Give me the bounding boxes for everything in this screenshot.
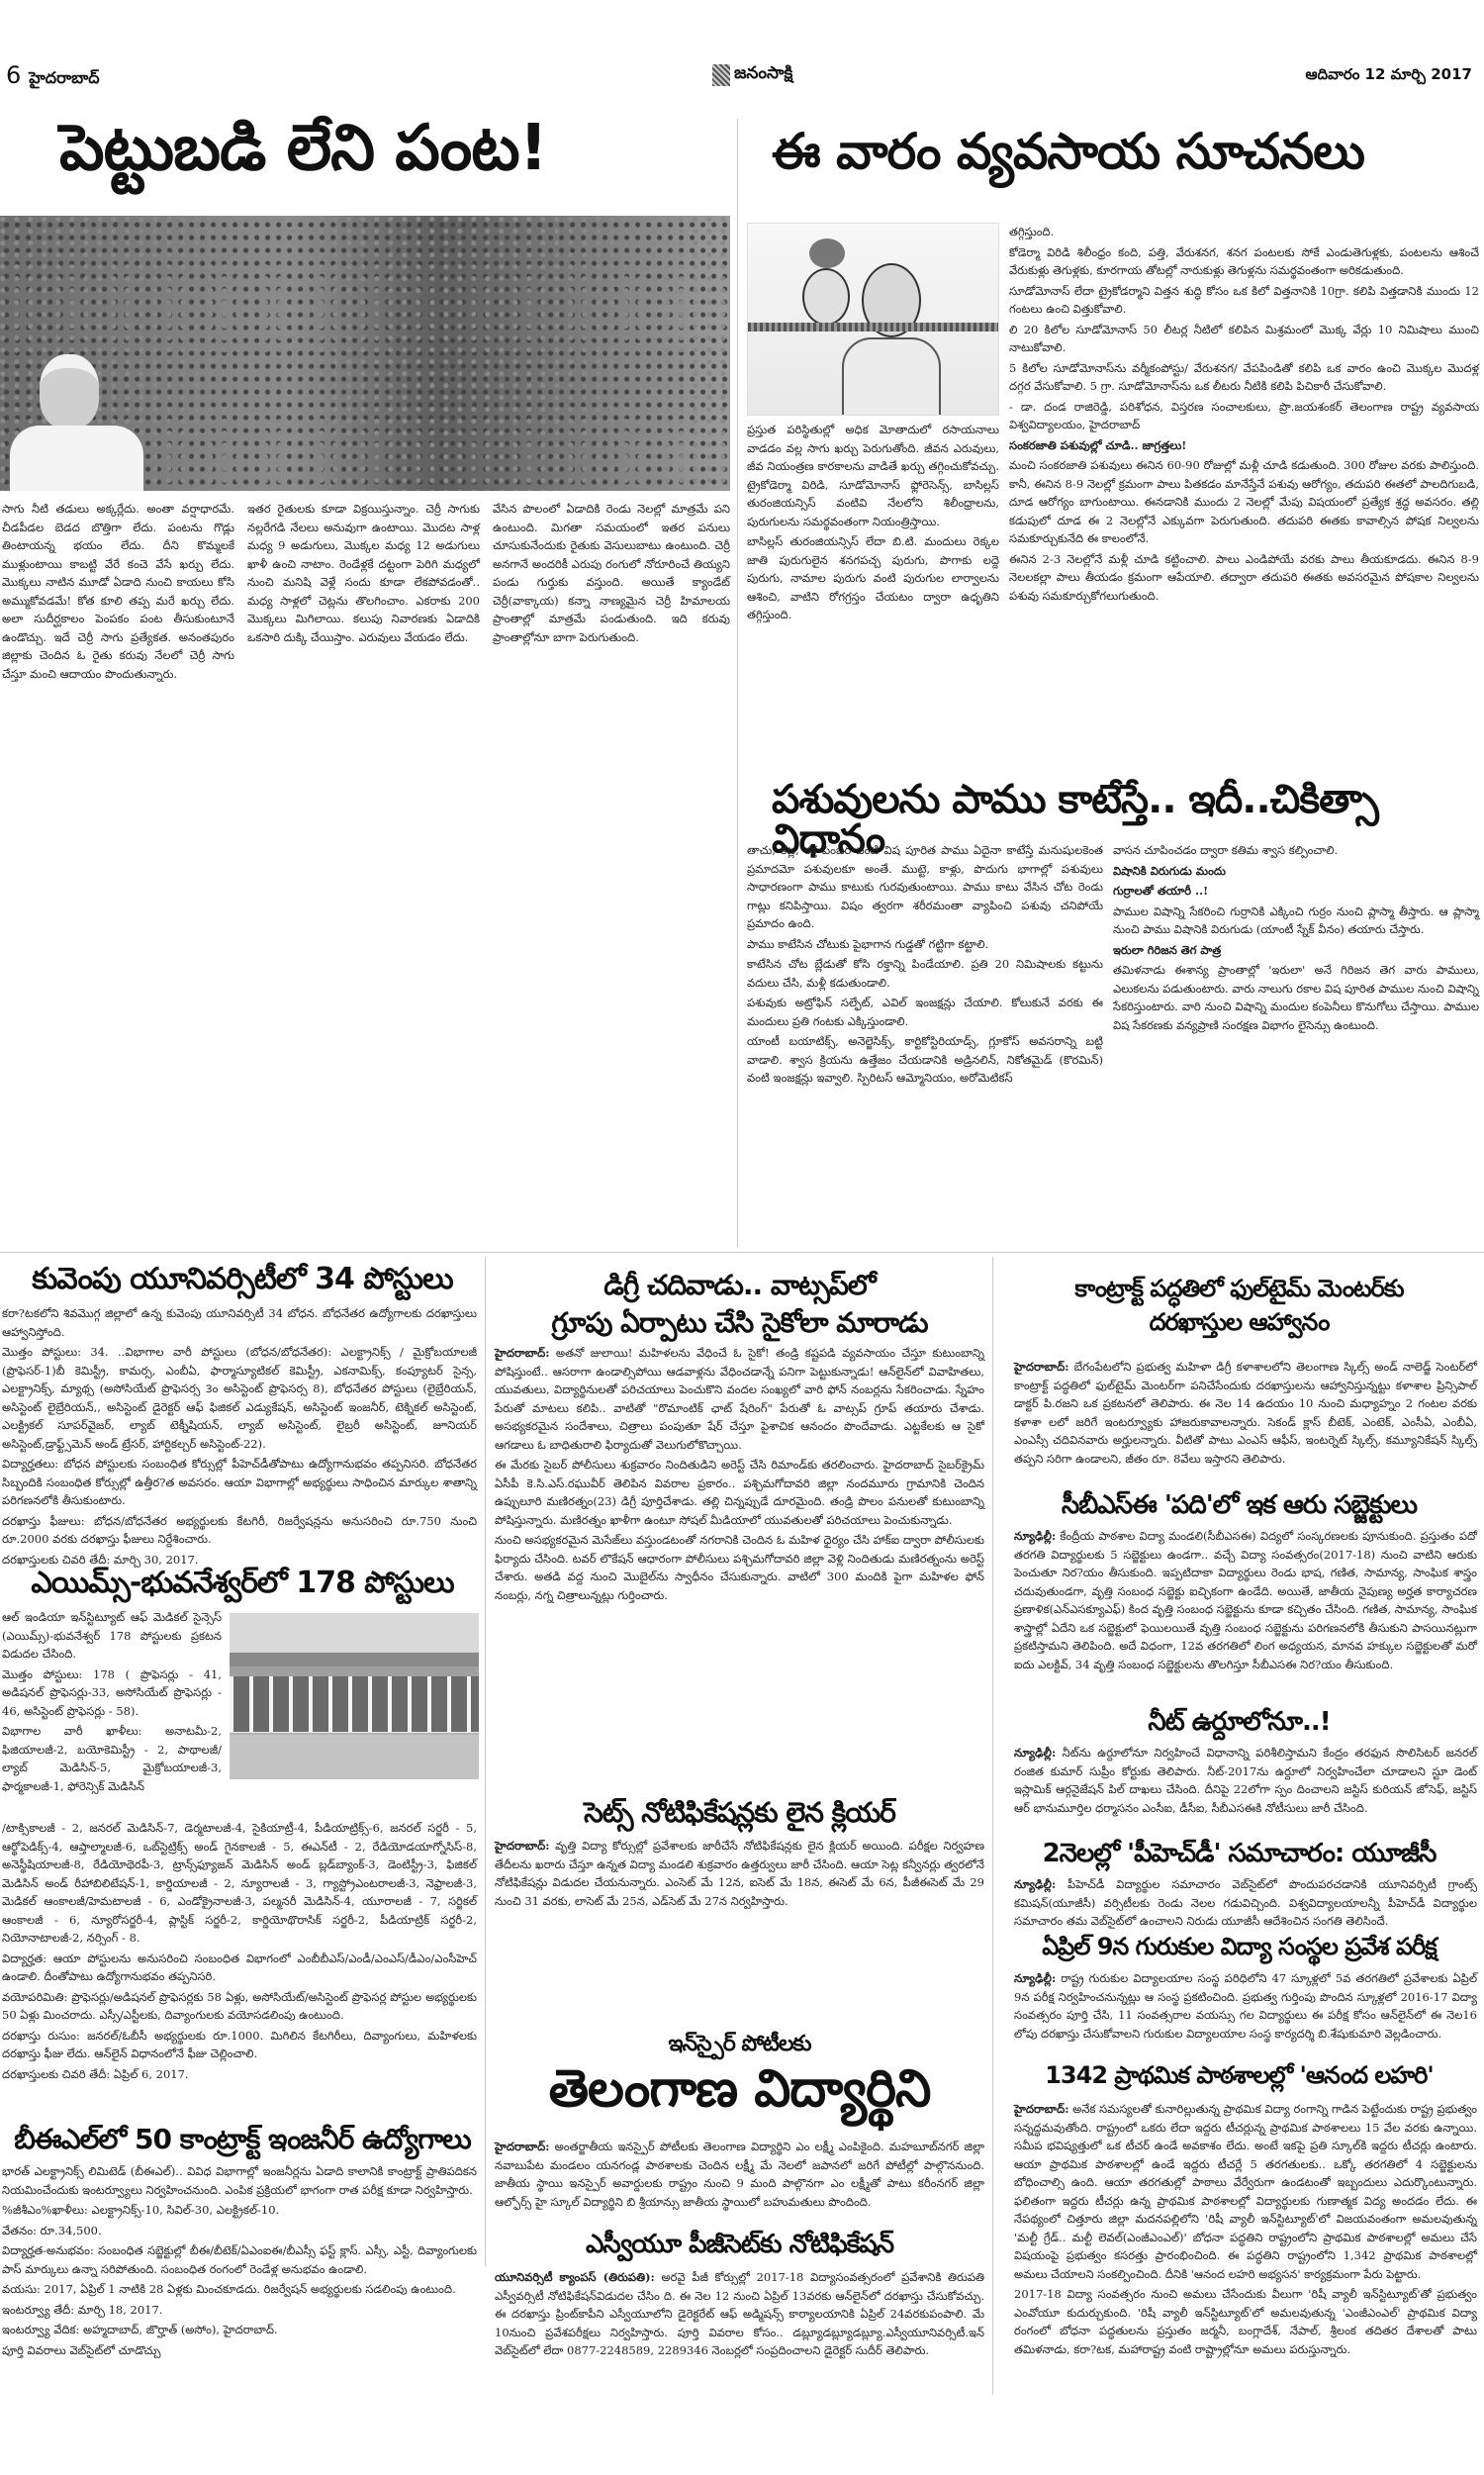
paragraph: కేంద్రీయ పాఠశాల విద్యా మండలి(సీబీఎసఈ) వి… [1014, 1529, 1477, 1671]
paragraph: 5 కిలోల సూడోమోనాస్‌ను వర్మీకంపోస్టు/ వేర… [1009, 359, 1479, 396]
paragraph: నుంచి అసభ్యకరమైన మెసేజ్‌లు వస్తుండటంతో న… [495, 1531, 984, 1604]
kuvempu-headline: కువెంపు యూనివర్సిటీలో 34 పోస్టులు [0, 1265, 485, 1294]
edition-name: హైదరాబాద్ [29, 68, 99, 91]
paragraph: ఇతర రైతులకు కూడా విక్రయిస్తున్నాం. చెర్ర… [247, 500, 480, 646]
paragraph: యాంటీ బయాటిక్స్, అనెల్జెసిక్స్, కార్టికో… [747, 1032, 1103, 1088]
paragraph: నీట్‌ను ఉర్దూలోనూ నిర్వహించే విధానాన్ని … [1014, 1746, 1477, 1815]
farmer-couple-illustration [747, 223, 999, 416]
cbse-body: న్యూఢిల్లీ: కేంద్రీయ పాఠశాల విద్యా మండలి… [1014, 1527, 1477, 1675]
weekly-tips-headline: ఈ వారం వ్యవసాయ సూచనలు [772, 127, 1364, 176]
paragraph: /టాక్సికాలజీ - 2, జనరల్ మెడిసిన్-7, డెర్… [2, 1819, 477, 1948]
paragraph: మంచి సంకరజాతి పశువులు ఈనిన 60-90 రోజుల్ల… [1009, 456, 1479, 548]
paper-logo: జనంసాక్షి [712, 63, 792, 87]
paragraph: విద్యార్హత: ఆయా పోస్టులను అనుసరించి సంబం… [2, 1950, 477, 1986]
paragraph: తాచు, కట్ల, రక్త పింజర వంటి విష పూరిత పా… [747, 841, 1103, 933]
masthead: 6 హైదరాబాద్ జనంసాక్షి ఆదివారం 12 మార్చి … [0, 0, 1484, 99]
neet-headline: నీట్ ఉర్దూలోనూ..! [994, 1709, 1484, 1735]
ugc-body: న్యూఢిల్లీ: పీహెచ్‌డీ విద్యార్థుల సమాచార… [1014, 1875, 1477, 1933]
subhead: ఇరులా గిరిజన తెగ పాత్ర [1113, 941, 1479, 960]
paragraph: కోడెర్మా విరిడి శిలీంధ్రం కంది, పత్తి, వ… [1009, 243, 1479, 280]
paragraph: భారత్ ఎలక్ట్రానిక్స్ లిమిటెడ్ (బీఈఎల్)..… [2, 2162, 477, 2199]
neet-body: న్యూఢిల్లీ: నీట్‌ను ఉర్దూలోనూ నిర్వహించే… [1014, 1744, 1477, 1819]
headline-line: కాంట్రాక్ట్ పద్ధతిలో ఫుల్‌టైమ్ మెంటర్‌కు [994, 1272, 1484, 1305]
inspire-kicker: ఇన్‌స్పైర్ పోటీలకు [490, 2034, 989, 2055]
mentor-headline: కాంట్రాక్ట్ పద్ధతిలో ఫుల్‌టైమ్ మెంటర్‌కు… [994, 1272, 1484, 1339]
bel-headline: బీఈఎల్‌లో 50 కాంట్రాక్ట్ ఇంజనీర్ ఉద్యోగా… [0, 2126, 485, 2153]
paragraph: విద్యార్హతలు: బోధన పోస్టులకు సంబంధిత కోర… [2, 1455, 477, 1510]
paragraph: బేగంపేటలోని ప్రభుత్వ మహిళా డిగ్రీ కళాశాల… [1014, 1360, 1477, 1466]
man-figure-icon [842, 263, 941, 416]
whatsapp-headline: డిగ్రీ చదివాడు.. వాట్సప్‌లో గ్రూపు ఏర్పా… [490, 1267, 989, 1342]
farmer-figure-icon [10, 354, 158, 491]
paragraph: ఈనిన 2-3 నెలల్లోనే మళ్లీ చూడి కట్టించాలి… [1009, 550, 1479, 606]
dateline: హైదరాబాద్: [495, 1839, 549, 1853]
dateline: న్యూఢిల్లీ: [1014, 1971, 1056, 1985]
aiims-building-photo [230, 1613, 479, 1779]
ananda-lahari-headline: 1342 ప్రాథమిక పాఠశాలల్లో 'ఆనంద లహరి' [994, 2063, 1484, 2087]
paragraph: సూడోమోనాస్ లేదా ట్రైకోడర్మాని విత్తన శుద… [1009, 282, 1479, 319]
whatsapp-body: హైదరాబాద్: అతనో జులాయి! మహిళలను వేధించే … [495, 1344, 984, 1606]
dateline: హైదరాబాద్: [495, 2140, 549, 2153]
paragraph: %జీశీఎం%ఖాళీలు: ఎలక్ట్రానిక్స్-10, సివిల… [2, 2201, 477, 2220]
paragraph: 2017-18 విద్యా సంవత్సరం నుంచి అమలు చేసేం… [1014, 2285, 1477, 2358]
dateline: హైదరాబాద్: [1014, 1360, 1068, 1374]
aiims-body: /టాక్సికాలజీ - 2, జనరల్ మెడిసిన్-7, డెర్… [2, 1819, 477, 2085]
column-rule [485, 1257, 486, 2266]
weekly-tips-right: తగ్గిస్తుంది. కోడెర్మా విరిడి శిలీంధ్రం … [1009, 223, 1479, 607]
subhead: గుర్రాలతో తయారీ ..! [1113, 882, 1479, 901]
paragraph: ఇంటర్వ్యూ వేదిక: అహ్మదాబాద్, జొర్హాత్ (అ… [2, 2321, 477, 2339]
paragraph: పాము కాటేసిన చోటుకు పైభాగాన గుడ్డతో గట్ట… [747, 935, 1103, 954]
paragraph: మొత్తం పోస్టులు: 178 ( ప్రొఫెసర్లు - 41,… [2, 1666, 222, 1721]
cherry-headline: పెట్టుబడి లేని పంట! [59, 117, 547, 180]
svu-headline: ఎస్వీయూ పీజీసెట్‌కు నోటిఫికేషన్ [490, 2232, 989, 2257]
dateline: న్యూఢిల్లీ: [1014, 1529, 1056, 1543]
paragraph: వృత్తి విద్యా కోర్సుల్లో ప్రవేశాలకు జారీ… [495, 1839, 984, 1908]
headline-line: గ్రూపు ఏర్పాటు చేసి సైకోలా మారాడు [490, 1304, 989, 1342]
page-folio: 6 హైదరాబాద్ [6, 61, 100, 91]
paragraph: విద్యార్హత-అనుభవం: సంబంధిత సబ్జెక్టుల్లో… [2, 2241, 477, 2278]
weekly-tips-intro: ప్రస్తుత పరిస్థితుల్లో అధిక మోతాదులో రసా… [747, 421, 999, 626]
paragraph: పూర్తి వివరాలు వెబ్‌సైట్‌లో చూడొచ్చు [2, 2341, 477, 2360]
column-rule [737, 119, 738, 1247]
snake-bite-col-1: తాచు, కట్ల, రక్త పింజర వంటి విష పూరిత పా… [747, 841, 1103, 1090]
paragraph: అతనో జులాయి! మహిళలను వేధించే ఓ సైకో! తండ… [495, 1346, 984, 1452]
aiims-headline: ఎయిమ్స్-భువనేశ్వర్‌లో 178 పోస్టులు [0, 1569, 485, 1598]
paragraph: దరఖాస్తు రుసుం: జనరల్/ఓబీసీ అభ్యర్థులకు … [2, 2027, 477, 2063]
paragraph: పీహెచ్‌డీ విద్యార్థుల సమాచారం వెబ్‌సైట్‌… [1014, 1877, 1477, 1928]
inspire-body: హైదరాబాద్: అంతర్జాతీయ ఇనస్పైర్ పోటీలకు త… [495, 2138, 984, 2213]
sets-headline: సెట్స్ నోటిఫికేషన్లకు లైన క్లియర్ [490, 1799, 989, 1827]
ugc-headline: 2నెలల్లో 'పీహెచ్‌డీ' సమాచారం: యూజీసీ [994, 1841, 1484, 1866]
cherry-column-3: వేసిన పొలంలో ఏడాదికి రెండు నెలల్లో మాత్ర… [493, 500, 730, 648]
gurukul-body: న్యూఢిల్లీ: రాష్ట్ర గురుకుల విద్యాలయాల స… [1014, 1969, 1477, 2045]
paragraph: మొత్తం పోస్టులు: 34. ..విభాగాల వారీ పోస్… [2, 1343, 477, 1453]
svu-body: యూనివర్సిటీ క్యాంపస్ (తిరుపతి): అరవై పీజ… [495, 2268, 984, 2362]
page-number: 6 [6, 61, 21, 89]
paragraph: పశువుకు అట్రోఫిన్ సల్ఫేట్, ఎవిల్ ఇంజక్షన… [747, 994, 1103, 1030]
paragraph: విభాగాల వారీ ఖాళీలు: అనాటమీ-2, ఫిజియాలజీ… [2, 1722, 222, 1795]
gurukul-headline: ఏప్రిల్ 9న గురుకుల విద్యా సంస్థల ప్రవేశ … [994, 1935, 1484, 1958]
paper-name: జనంసాక్షి [734, 63, 792, 87]
paragraph: ఆల్ ఇండియా ఇన్‌స్టిట్యూట్ ఆఫ్ మెడికల్ సై… [2, 1608, 222, 1664]
paragraph: వాసన చూపించడం ద్వారా కతిమ శ్వాస కల్పించా… [1113, 841, 1479, 860]
paragraph: కాటేసిన చోట బ్లేడుతో కోసి రక్తాన్ని పిండ… [747, 955, 1103, 992]
aiims-side-text: ఆల్ ఇండియా ఇన్‌స్టిట్యూట్ ఆఫ్ మెడికల్ సై… [2, 1608, 222, 1797]
headline-line: దరఖాస్తుల ఆహ్వానం [994, 1305, 1484, 1339]
subhead: సంకరజాతి పశువుల్లో చూడి.. జాగ్రత్తలు! [1009, 436, 1479, 455]
paragraph: వేతనం: రూ.34,500. [2, 2222, 477, 2240]
inspire-headline: తెలంగాణ విద్యార్థిని [490, 2063, 989, 2115]
paragraph: దరఖాస్తు ఫీజులు: బోధన/బోధనేతర అభ్యర్థులక… [2, 1512, 477, 1549]
dateline: న్యూఢిల్లీ: [1014, 1877, 1056, 1891]
headline-line: డిగ్రీ చదివాడు.. వాట్సప్‌లో [490, 1267, 989, 1304]
paragraph: రాష్ట్ర గురుకుల విద్యాలయాల సంస్థ పరిధిలో… [1014, 1971, 1477, 2041]
column-rule [992, 1257, 993, 2395]
logo-icon [712, 64, 730, 86]
cherry-column-1: సాగు నీటి తడులు అక్కర్లేదు. అంతా వర్షాధా… [2, 500, 234, 685]
sets-body: హైదరాబాద్: వృత్తి విద్యా కోర్సుల్లో ప్రవ… [495, 1837, 984, 1912]
paragraph: వయసు: 2017, ఏప్రిల్ 1 నాటికి 28 ఏళ్లకు మ… [2, 2280, 477, 2299]
paragraph: కరా?టకలోని శివమొగ్గ జిల్లాలో ఉన్న కువెంప… [2, 1304, 477, 1341]
cbse-headline: సీబీఎస్ఈ 'పది'లో ఇక ఆరు సబ్జెక్టులు [994, 1492, 1484, 1518]
ananda-lahari-body: హైదరాబాద్: అనేక సమస్యలతో కునారిల్లుతున్న… [1014, 2100, 1477, 2360]
paragraph: ప్రస్తుత పరిస్థితుల్లో అధిక మోతాదులో రసా… [747, 421, 999, 530]
paragraph: తగ్గిస్తుంది. [1009, 223, 1479, 241]
paragraph: వయోపరిమితి: ప్రొఫెసర్లు/అడిషనల్ ప్రొఫెసర… [2, 1988, 477, 2025]
dateline: యూనివర్సిటీ క్యాంపస్ (తిరుపతి): [495, 2270, 655, 2284]
paragraph: లి 20 కిలోల సూడోమోనాస్ 50 లీటర్ల నీటిలో … [1009, 321, 1479, 357]
kuvempu-body: కరా?టకలోని శివమొగ్గ జిల్లాలో ఉన్న కువెంప… [2, 1304, 477, 1571]
dateline: హైదరాబాద్: [495, 1346, 549, 1360]
snake-bite-col-2: వాసన చూపించడం ద్వారా కతిమ శ్వాస కల్పించా… [1113, 841, 1479, 1036]
paragraph: ఇంటర్వ్యూ తేదీ: మార్చి 18, 2017. [2, 2301, 477, 2320]
paragraph: సాగు నీటి తడులు అక్కర్లేదు. అంతా వర్షాధా… [2, 500, 234, 683]
paragraph: తమిళనాడు ఈశాన్య ప్రాంతాల్లో 'ఇరులా' అనే … [1113, 961, 1479, 1034]
paragraph: అనేక సమస్యలతో కునారిల్లుతున్న ప్రాథమిక వ… [1014, 2102, 1477, 2281]
mentor-body: హైదరాబాద్: బేగంపేటలోని ప్రభుత్వ మహిళా డి… [1014, 1358, 1477, 1470]
paragraph: అంతర్జాతీయ ఇనస్పైర్ పోటీలకు తెలంగాణ విద్… [495, 2140, 984, 2209]
bel-body: భారత్ ఎలక్ట్రానిక్స్ లిమిటెడ్ (బీఈఎల్)..… [2, 2162, 477, 2361]
paragraph: దరఖాస్తులకు చివరి తేదీ: ఏప్రిల్ 6, 2017. [2, 2065, 477, 2084]
subhead: విషానికి విరుగుడు మందు [1113, 862, 1479, 881]
farmer-photo [0, 216, 730, 491]
byline: - డా. దండ రాజిరెడ్డి, పరిశోధన, విస్తరణ స… [1009, 398, 1479, 434]
cherry-column-2: ఇతర రైతులకు కూడా విక్రయిస్తున్నాం. చెర్ర… [247, 500, 480, 648]
dateline: న్యూఢిల్లీ: [1014, 1746, 1056, 1760]
dateline: హైదరాబాద్: [1014, 2102, 1068, 2116]
paragraph: వేసిన పొలంలో ఏడాదికి రెండు నెలల్లో మాత్ర… [493, 500, 730, 646]
paragraph: బాసిల్లస్ తురంజియన్సిస్ లేదా బి.టి. మందు… [747, 532, 999, 624]
paragraph: పాముల విషాన్ని సేకరించి గుర్రానికి ఎక్కి… [1113, 903, 1479, 939]
issue-date: ఆదివారం 12 మార్చి 2017 [1306, 65, 1472, 87]
paragraph: ఈ మేరకు సైబర్ పోలీసులు శుక్రవారం నిందితు… [495, 1456, 984, 1529]
section-rule [0, 1252, 1484, 1253]
carrying-pole-icon [748, 323, 999, 332]
